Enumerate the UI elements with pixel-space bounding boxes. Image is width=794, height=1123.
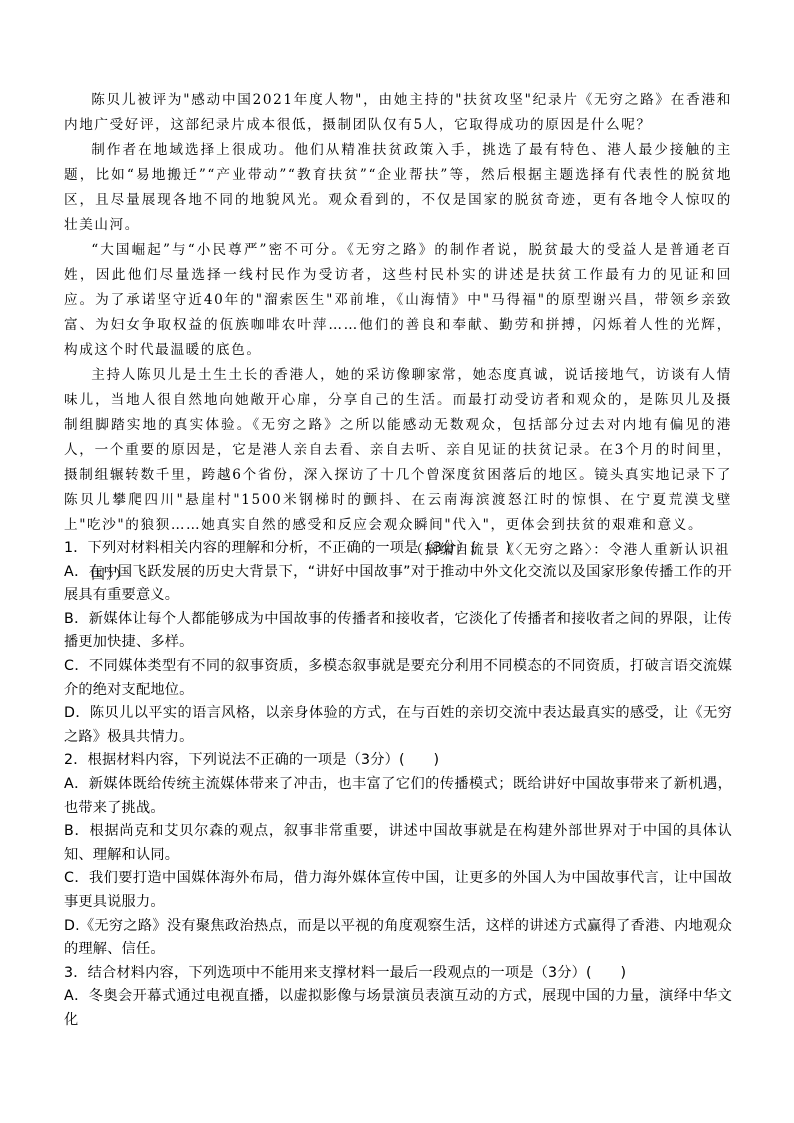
option-c: C．我们要打造中国媒体海外布局，借力海外媒体宣传中国，让更多的外国人为中国故事代… (64, 867, 732, 914)
exam-page: 陈贝儿被评为"感动中国2021年度人物"，由她主持的"扶贫攻坚"纪录片《无穷之路… (0, 0, 794, 1123)
question-1: 1．下列对材料相关内容的理解和分析，不正确的一项是（3分）( ) A．在中国飞跃… (64, 537, 732, 749)
option-a: A．新媒体既给传统主流媒体带来了冲击，也丰富了它们的传播模式；既给讲好中国故事带… (64, 773, 732, 820)
passage-paragraph-2: 制作者在地域选择上很成功。他们从精准扶贫政策入手，挑选了最有特色、港人最少接触的… (64, 138, 732, 238)
option-b: B．根据尚克和艾贝尔森的观点，叙事非常重要，讲述中国故事就是在构建外部世界对于中… (64, 820, 732, 867)
reading-passage: 陈贝儿被评为"感动中国2021年度人物"，由她主持的"扶贫攻坚"纪录片《无穷之路… (64, 88, 732, 588)
option-b: B．新媒体让每个人都能够成为中国故事的传播者和接收者，它淡化了传播者和接收者之间… (64, 608, 732, 655)
passage-paragraph-1: 陈贝儿被评为"感动中国2021年度人物"，由她主持的"扶贫攻坚"纪录片《无穷之路… (64, 88, 732, 138)
question-3: 3．结合材料内容，下列选项中不能用来支撑材料一最后一段观点的一项是（3分）( )… (64, 962, 732, 1033)
question-2: 2．根据材料内容，下列说法不正确的一项是（3分）( ) A．新媒体既给传统主流媒… (64, 749, 732, 961)
option-d: D.《无穷之路》没有聚焦政治热点，而是以平视的角度观察生活，这样的讲述方式赢得了… (64, 915, 732, 962)
option-a: A．冬奥会开幕式通过电视直播，以虚拟影像与场景演员表演互动的方式，展现中国的力量… (64, 985, 732, 1032)
passage-paragraph-4: 主持人陈贝儿是土生土长的香港人，她的采访像聊家常，她态度真诚，说话接地气，访谈有… (64, 363, 732, 538)
question-stem: 1．下列对材料相关内容的理解和分析，不正确的一项是（3分）( ) (64, 537, 732, 561)
option-c: C．不同媒体类型有不同的叙事资质，多模态叙事就是要充分利用不同模态的不同资质，打… (64, 655, 732, 702)
question-list: 1．下列对材料相关内容的理解和分析，不正确的一项是（3分）( ) A．在中国飞跃… (64, 537, 732, 1032)
passage-paragraph-3: “大国崛起”与“小民尊严”密不可分。《无穷之路》的制作者说，脱贫最大的受益人是普… (64, 238, 732, 363)
question-stem: 2．根据材料内容，下列说法不正确的一项是（3分）( ) (64, 749, 732, 773)
option-d: D．陈贝儿以平实的语言风格，以亲身体验的方式，在与百姓的亲切交流中表达最真实的感… (64, 702, 732, 749)
option-a: A．在中国飞跃发展的历史大背景下，“讲好中国故事”对于推动中外文化交流以及国家形… (64, 561, 732, 608)
question-stem: 3．结合材料内容，下列选项中不能用来支撑材料一最后一段观点的一项是（3分）( ) (64, 962, 732, 986)
